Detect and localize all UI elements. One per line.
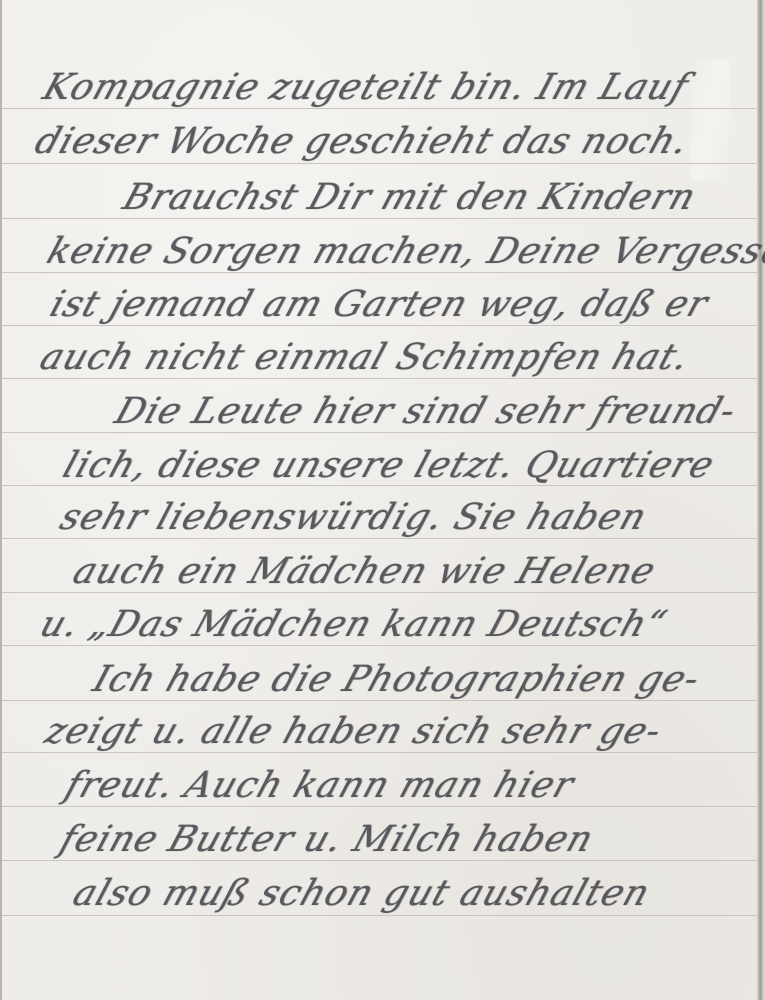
handwritten-line-15: feine Butter u. Milch haben (55, 820, 599, 860)
ruled-line (2, 218, 757, 219)
handwritten-line-11: u. „Das Mädchen kann Deutsch“ (35, 605, 672, 645)
ruled-line (2, 432, 757, 433)
ruled-line (2, 378, 757, 379)
ruled-line (2, 700, 757, 701)
handwritten-line-2: dieser Woche geschieht das noch. (30, 122, 694, 162)
paper-left-edge (0, 0, 2, 1000)
handwritten-line-16: also muß schon gut aushalten (68, 874, 655, 914)
handwritten-line-9: sehr liebenswürdig. Sie haben (55, 498, 652, 538)
ruled-line (2, 538, 757, 539)
paper-right-edge (757, 0, 765, 1000)
ruled-line (2, 108, 757, 109)
handwritten-line-6: auch nicht einmal Schimpfen hat. (35, 338, 694, 378)
handwritten-line-12: Ich habe die Photographien ge- (88, 660, 705, 700)
handwritten-line-14: freut. Auch kann man hier (60, 766, 579, 806)
ruled-line (2, 645, 757, 646)
ruled-line (2, 752, 757, 753)
handwritten-line-3: Brauchst Dir mit den Kindern (118, 178, 701, 218)
ruled-line (2, 163, 757, 164)
paper-fold-crease (690, 60, 730, 180)
ruled-line (2, 806, 757, 807)
handwritten-line-1: Kompagnie zugeteilt bin. Im Lauf (38, 68, 693, 108)
ruled-line (2, 592, 757, 593)
handwritten-line-4: keine Sorgen machen, Deine Vergessen (42, 232, 765, 272)
ruled-line (2, 325, 757, 326)
handwritten-line-10: auch ein Mädchen wie Helene (68, 552, 661, 592)
handwritten-line-13: zeigt u. alle haben sich sehr ge- (40, 712, 667, 752)
handwritten-line-5: ist jemand am Garten weg, daß er (45, 285, 713, 325)
handwritten-line-8: lich, diese unsere letzt. Quartiere (58, 446, 719, 486)
ruled-line (2, 272, 757, 273)
ruled-line (2, 860, 757, 861)
handwritten-line-7: Die Leute hier sind sehr freund- (110, 392, 741, 432)
ruled-line (2, 915, 757, 916)
